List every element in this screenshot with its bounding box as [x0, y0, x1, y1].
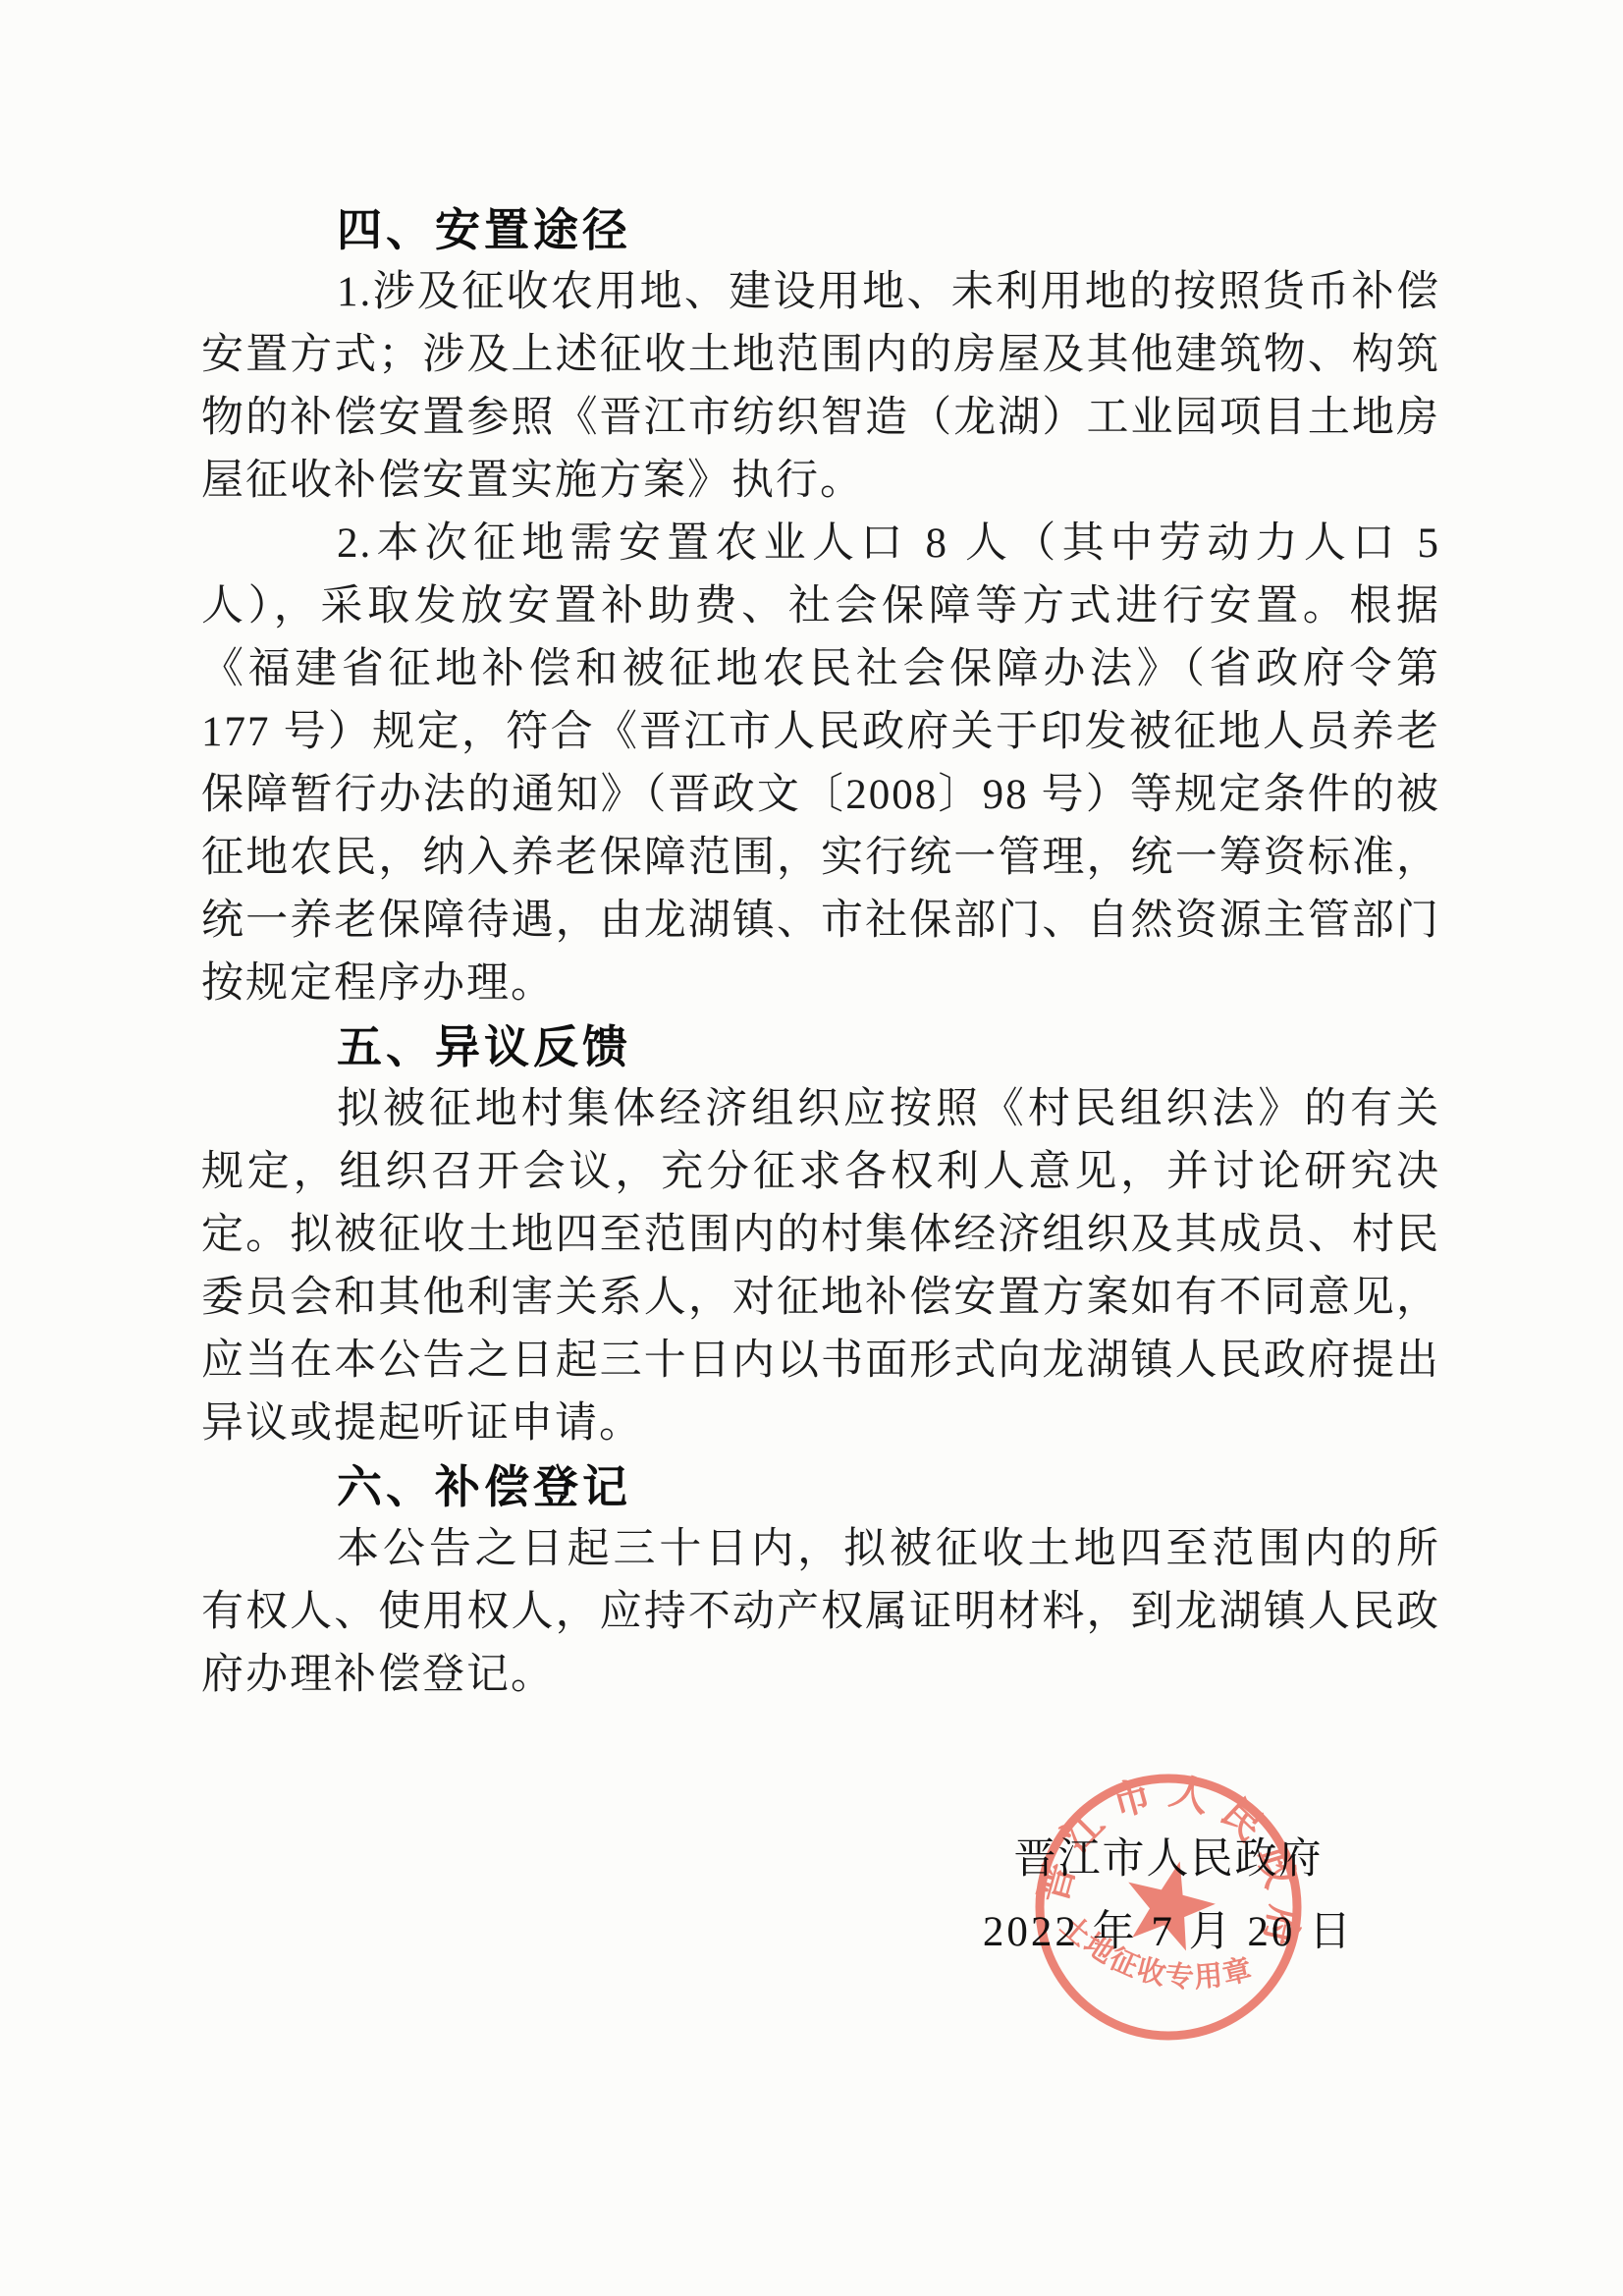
section-5-heading: 五、异议反馈: [337, 1015, 1440, 1078]
section-4-paragraph-2: 2.本次征地需安置农业人口 8 人（其中劳动力人口 5 人），采取发放安置补助费…: [201, 513, 1440, 1015]
section-6-paragraph-1: 本公告之日起三十日内，拟被征收土地四至范围内的所有权人、使用权人，应持不动产权属…: [201, 1518, 1440, 1707]
official-seal: 晋江市人民政府 土地征收专用章: [1031, 1770, 1306, 2045]
seal-star-icon: [1115, 1850, 1223, 1954]
scanned-document-page: 四、安置途径 1.涉及征收农用地、建设用地、未利用地的按照货币补偿安置方式；涉及…: [0, 0, 1623, 2296]
section-4-heading: 四、安置途径: [337, 198, 1440, 261]
section-6-heading: 六、补偿登记: [337, 1455, 1440, 1518]
section-4-paragraph-1: 1.涉及征收农用地、建设用地、未利用地的按照货币补偿安置方式；涉及上述征收土地范…: [201, 261, 1440, 513]
document-body: 四、安置途径 1.涉及征收农用地、建设用地、未利用地的按照货币补偿安置方式；涉及…: [201, 198, 1440, 1707]
section-5-paragraph-1: 拟被征地村集体经济组织应按照《村民组织法》的有关规定，组织召开会议，充分征求各权…: [201, 1078, 1440, 1455]
